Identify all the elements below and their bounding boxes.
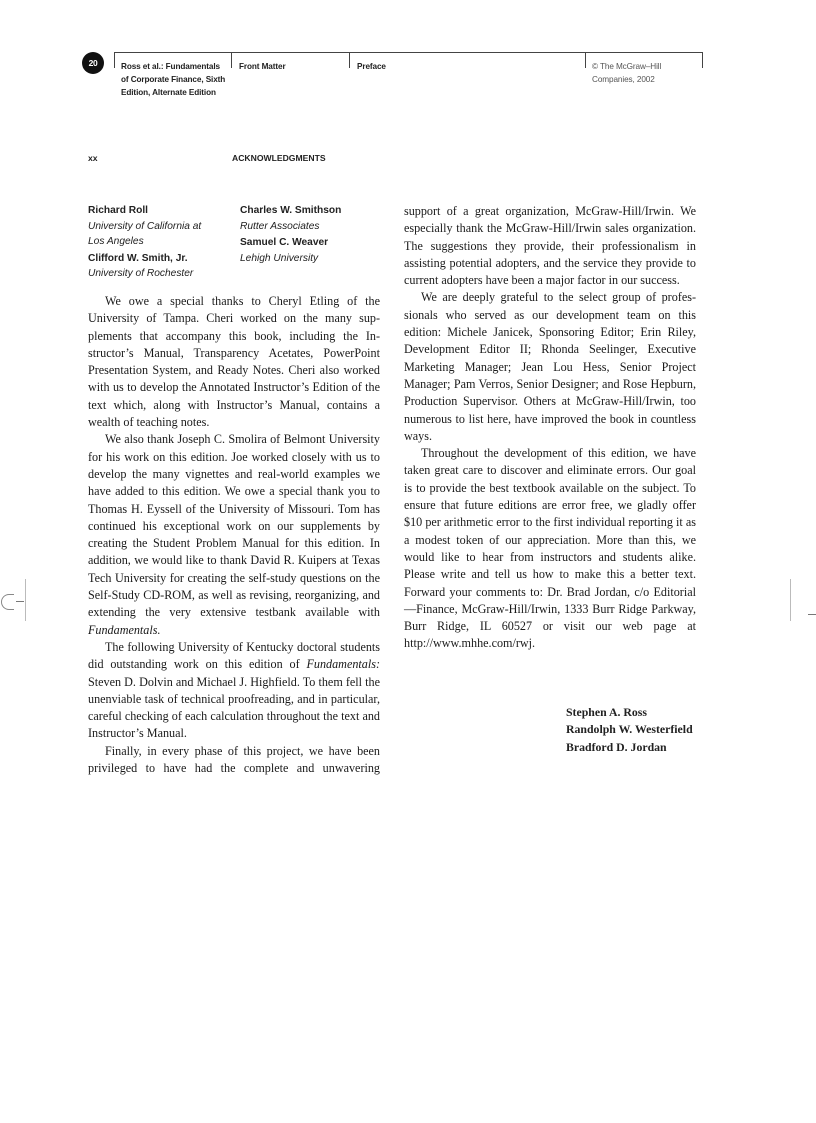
book-info-line: Edition, Alternate Edition: [121, 86, 225, 99]
book-info-line: of Corporate Finance, Sixth: [121, 73, 225, 86]
copyright-notice: © The McGraw–Hill Companies, 2002: [592, 60, 661, 86]
author-name: Stephen A. Ross: [566, 704, 693, 721]
header-divider: [349, 52, 350, 68]
reviewer-name: Samuel C. Weaver: [240, 235, 341, 251]
book-title: Fundamentals.: [88, 623, 161, 637]
reviewer-name: Clifford W. Smith, Jr.: [88, 251, 201, 267]
crop-mark-right: [790, 579, 791, 621]
crop-mark-left: [25, 579, 26, 621]
paragraph-text: Steven D. Dolvin and Michael J. Highfiel…: [88, 675, 380, 741]
header-divider: [702, 52, 703, 68]
header-rule: [114, 52, 703, 53]
header-divider: [585, 52, 586, 68]
paragraph-continued: support of a great organization, McGraw-…: [404, 203, 696, 289]
copyright-line: © The McGraw–Hill: [592, 60, 661, 73]
reviewer-name: Charles W. Smithson: [240, 203, 341, 219]
paragraph: Finally, in every phase of this project,…: [88, 743, 380, 778]
registration-mark-left: [1, 594, 14, 610]
book-info-line: Ross et al.: Fundamentals: [121, 60, 225, 73]
folio: xx: [88, 153, 98, 163]
paragraph: We are deeply grateful to the select gro…: [404, 289, 696, 445]
author-signatures: Stephen A. Ross Randolph W. Westerfield …: [566, 704, 693, 756]
page-title: ACKNOWLEDGMENTS: [232, 153, 326, 163]
paragraph: We owe a special thanks to Cheryl Etling…: [88, 293, 380, 431]
book-title: Funda­mentals:: [306, 657, 380, 671]
reviewer-affiliation: University of Rochester: [88, 266, 201, 282]
reviewer-affiliation: Rutter Associates: [240, 219, 341, 235]
reviewer-name: Richard Roll: [88, 203, 201, 219]
section-label: Front Matter: [239, 60, 286, 73]
book-info: Ross et al.: Fundamentals of Corporate F…: [121, 60, 225, 99]
paragraph: Throughout the development of this editi…: [404, 445, 696, 653]
crop-mark-tick-right: [808, 614, 816, 615]
chapter-label: Preface: [357, 60, 386, 73]
reviewer-affiliation: Lehigh University: [240, 251, 341, 267]
reviewer-list-col2: Charles W. Smithson Rutter Associates Sa…: [240, 203, 341, 266]
body-column-right: support of a great organization, McGraw-…: [404, 203, 696, 653]
copyright-line: Companies, 2002: [592, 73, 661, 86]
paragraph: The following University of Kentucky doc…: [88, 639, 380, 743]
author-name: Randolph W. Westerfield: [566, 721, 693, 738]
reviewer-affiliation: University of California at: [88, 219, 201, 235]
crop-mark-tick-left: [16, 601, 24, 602]
header-divider: [114, 52, 115, 68]
page-number-badge: 20: [82, 52, 104, 74]
header-divider: [231, 52, 232, 68]
reviewer-list-col1: Richard Roll University of California at…: [88, 203, 201, 282]
reviewer-affiliation: Los Angeles: [88, 234, 201, 250]
author-name: Bradford D. Jordan: [566, 739, 693, 756]
paragraph-text: We also thank Joseph C. Smolira of Belmo…: [88, 432, 380, 619]
paragraph: We also thank Joseph C. Smolira of Belmo…: [88, 431, 380, 639]
body-column-left: We owe a special thanks to Cheryl Etling…: [88, 293, 380, 777]
